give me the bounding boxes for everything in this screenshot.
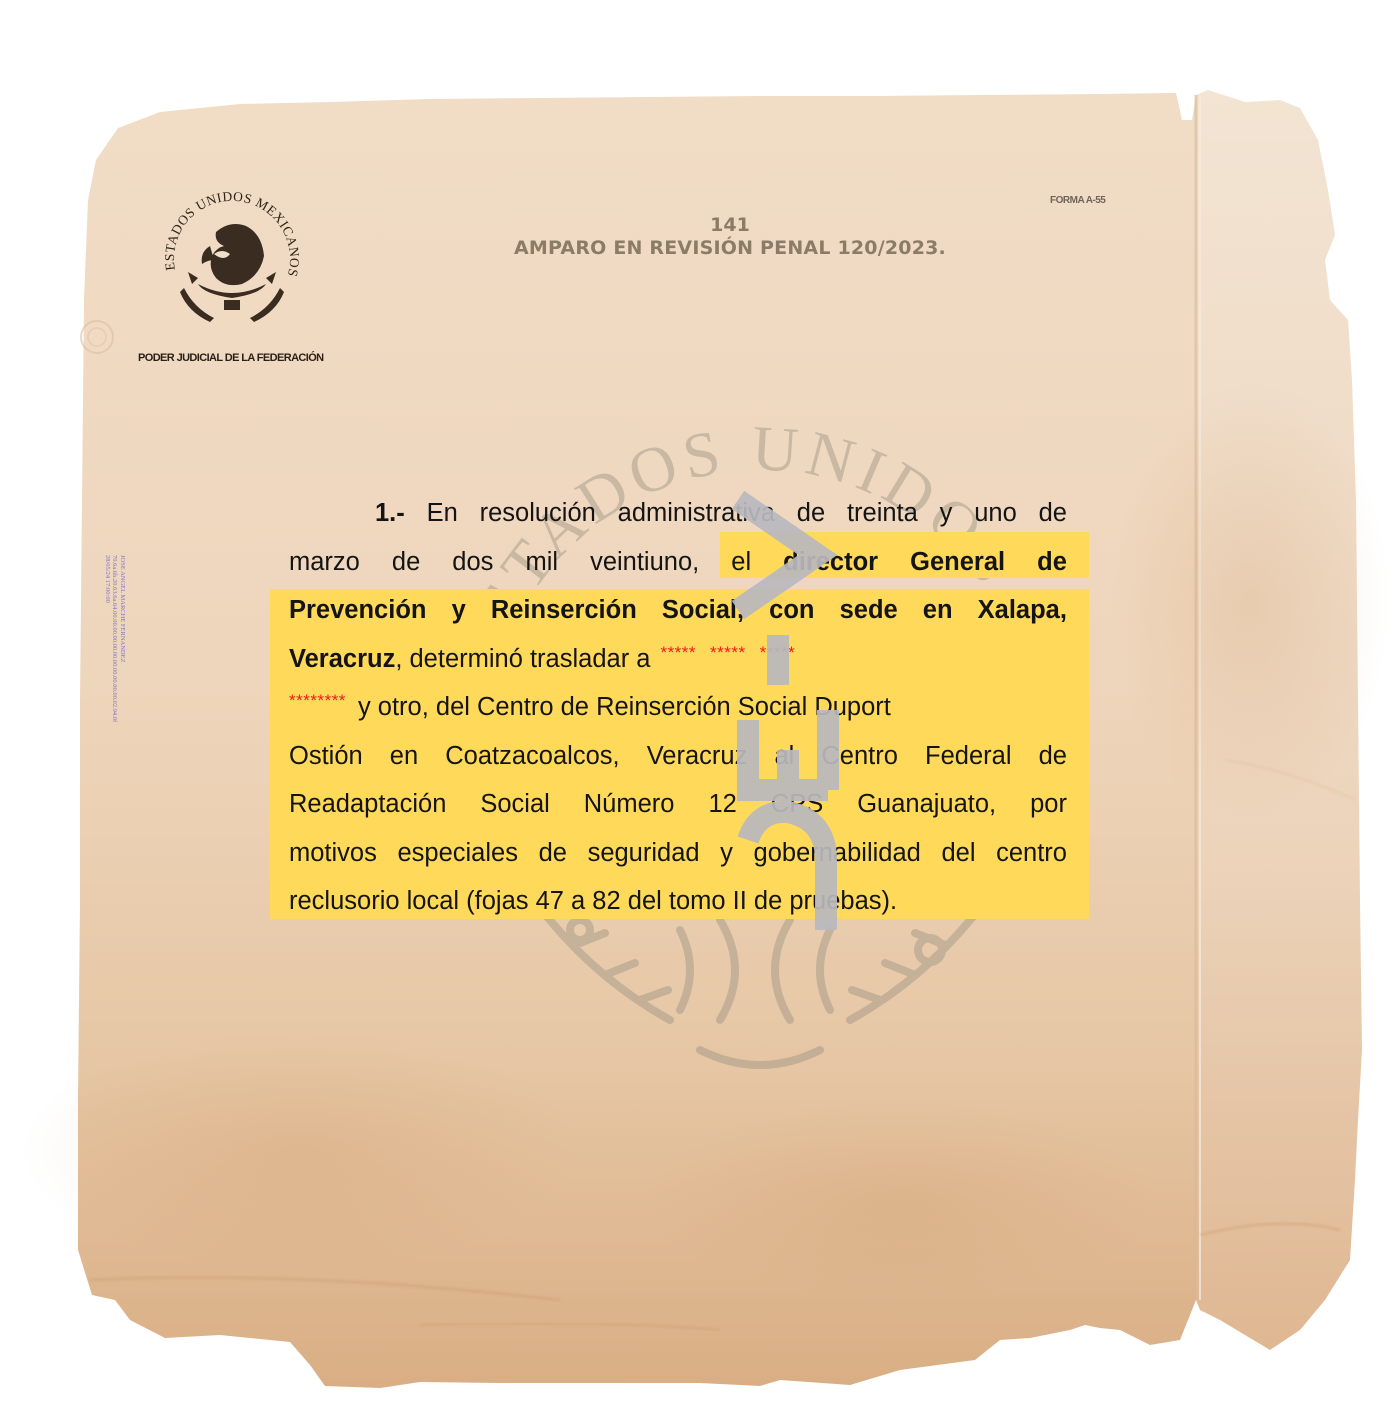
- text-run: reclusorio local (fojas 47 a 82 del tomo…: [289, 881, 897, 930]
- word: especiales: [397, 833, 518, 882]
- word: de: [1039, 493, 1067, 542]
- document-header: 141 AMPARO EN REVISIÓN PENAL 120/2023.: [480, 214, 980, 260]
- word: motivos: [289, 833, 377, 882]
- case-title: AMPARO EN REVISIÓN PENAL 120/2023.: [480, 236, 980, 260]
- bold-word: con: [769, 590, 814, 639]
- paragraph-line: Ostión en Coatzacoalcos, Veracruz al Cen…: [289, 736, 1067, 785]
- signature-line: 70.6a.6b.20.63.6a.64.00.00.00.00.00.00.0…: [111, 555, 119, 775]
- word: gobernabilidad: [754, 833, 921, 882]
- redacted-name: ********: [289, 681, 346, 730]
- word: En: [427, 493, 458, 542]
- word: Guanajuato,: [857, 784, 996, 833]
- bold-word: Veracruz: [289, 645, 395, 673]
- page-number: 141: [480, 214, 980, 236]
- word: Centro: [821, 736, 898, 785]
- word: en: [390, 736, 418, 785]
- paragraph-line: reclusorio local (fojas 47 a 82 del tomo…: [289, 881, 1067, 930]
- paragraph-line: 1.- En resolución administrativa de trei…: [289, 493, 1067, 542]
- bold-word: en: [923, 590, 953, 639]
- paragraph-line: motivos especiales de seguridad y gobern…: [289, 833, 1067, 882]
- bold-word: director: [783, 542, 878, 591]
- paragraph-line: Veracruz, determinó trasladar a ***** **…: [289, 639, 1067, 688]
- bold-word: y: [452, 590, 466, 639]
- word: dos: [452, 542, 493, 591]
- word: del: [941, 833, 975, 882]
- text-run: y otro, del Centro de Reinserción Social…: [358, 687, 891, 736]
- word: de: [539, 833, 567, 882]
- redacted-name: *****: [760, 633, 796, 682]
- word: de: [797, 493, 825, 542]
- word: Readaptación: [289, 784, 446, 833]
- word: mil: [525, 542, 558, 591]
- electronic-signature-strip: JOSE ANGEL MARCHE FERNANDEZ 70.6a.6b.20.…: [104, 555, 127, 775]
- bold-word: Prevención: [289, 590, 426, 639]
- word: veintiuno,: [590, 542, 699, 591]
- bold-word: Xalapa,: [978, 590, 1067, 639]
- form-code: FORMA A-55: [1050, 195, 1105, 206]
- word: uno: [974, 493, 1017, 542]
- paragraph-line: Prevención y Reinserción Social, con sed…: [289, 590, 1067, 639]
- word: seguridad: [588, 833, 700, 882]
- word: Social: [480, 784, 549, 833]
- word: Coatzacoalcos,: [445, 736, 619, 785]
- word: de: [392, 542, 420, 591]
- word: de: [1039, 736, 1067, 785]
- paragraph-number: 1.-: [375, 493, 405, 542]
- word: CPS: [771, 784, 823, 833]
- word: Ostión: [289, 736, 363, 785]
- bold-word: Reinserción: [491, 590, 637, 639]
- word: administrativa: [618, 493, 775, 542]
- signature-line: 28/05/24 17:00:00: [104, 555, 112, 775]
- word: 12: [708, 784, 736, 833]
- bold-word: de: [1037, 542, 1067, 591]
- bold-word: sede: [840, 590, 898, 639]
- organization-name: PODER JUDICIAL DE LA FEDERACIÓN: [138, 352, 324, 364]
- signature-line: JOSE ANGEL MARCHE FERNANDEZ: [119, 555, 127, 775]
- redacted-name: *****: [710, 633, 746, 682]
- word: centro: [996, 833, 1067, 882]
- word: el: [731, 542, 751, 591]
- mexican-coat-of-arms-seal: ESTADOS UNIDOS MEXICANOS: [158, 188, 306, 336]
- word: por: [1030, 784, 1067, 833]
- bold-word: Social,: [662, 590, 744, 639]
- text-run: , determinó trasladar a: [395, 645, 650, 673]
- word: y: [720, 833, 733, 882]
- redacted-name: *****: [660, 633, 696, 682]
- paragraph-1: 1.- En resolución administrativa de trei…: [289, 493, 1067, 930]
- word: marzo: [289, 542, 360, 591]
- word: treinta: [847, 493, 918, 542]
- word: al: [774, 736, 794, 785]
- word: Número: [584, 784, 675, 833]
- bold-word: General: [910, 542, 1005, 591]
- word: y: [940, 493, 953, 542]
- paragraph-line: ******** y otro, del Centro de Reinserci…: [289, 687, 1067, 736]
- paragraph-line: marzo de dos mil veintiuno, el director …: [289, 542, 1067, 591]
- word: Veracruz: [647, 736, 748, 785]
- paragraph-line: Readaptación Social Número 12 CPS Guanaj…: [289, 784, 1067, 833]
- word: resolución: [480, 493, 596, 542]
- word: Federal: [925, 736, 1011, 785]
